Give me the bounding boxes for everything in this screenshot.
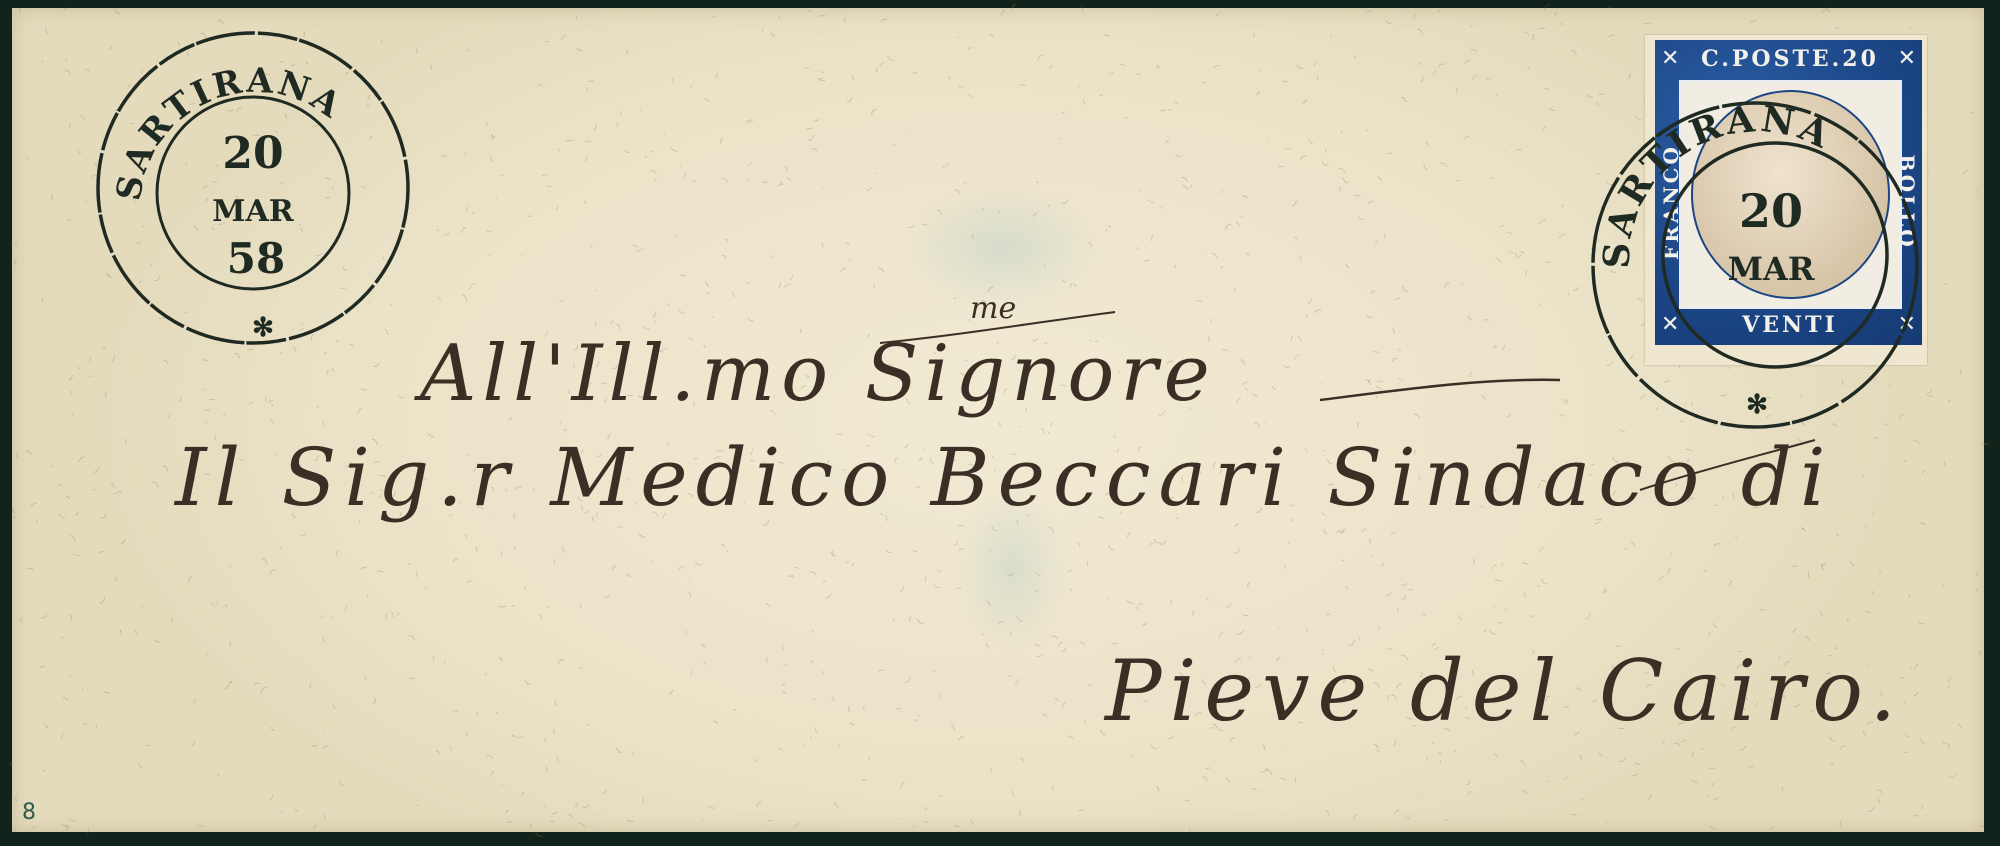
address-line-3: Pieve del Cairo. [1103,642,1904,740]
pencil-mark: 8 [22,800,36,825]
address-superscript: me [970,291,1016,326]
address-line-1: All'Ill.mo Signore [414,329,1216,419]
handwritten-address: me All'Ill.mo Signore Il Sig.r Medico Be… [0,0,2000,846]
address-line-2: Il Sig.r Medico Beccari Sindaco di [173,431,1833,524]
